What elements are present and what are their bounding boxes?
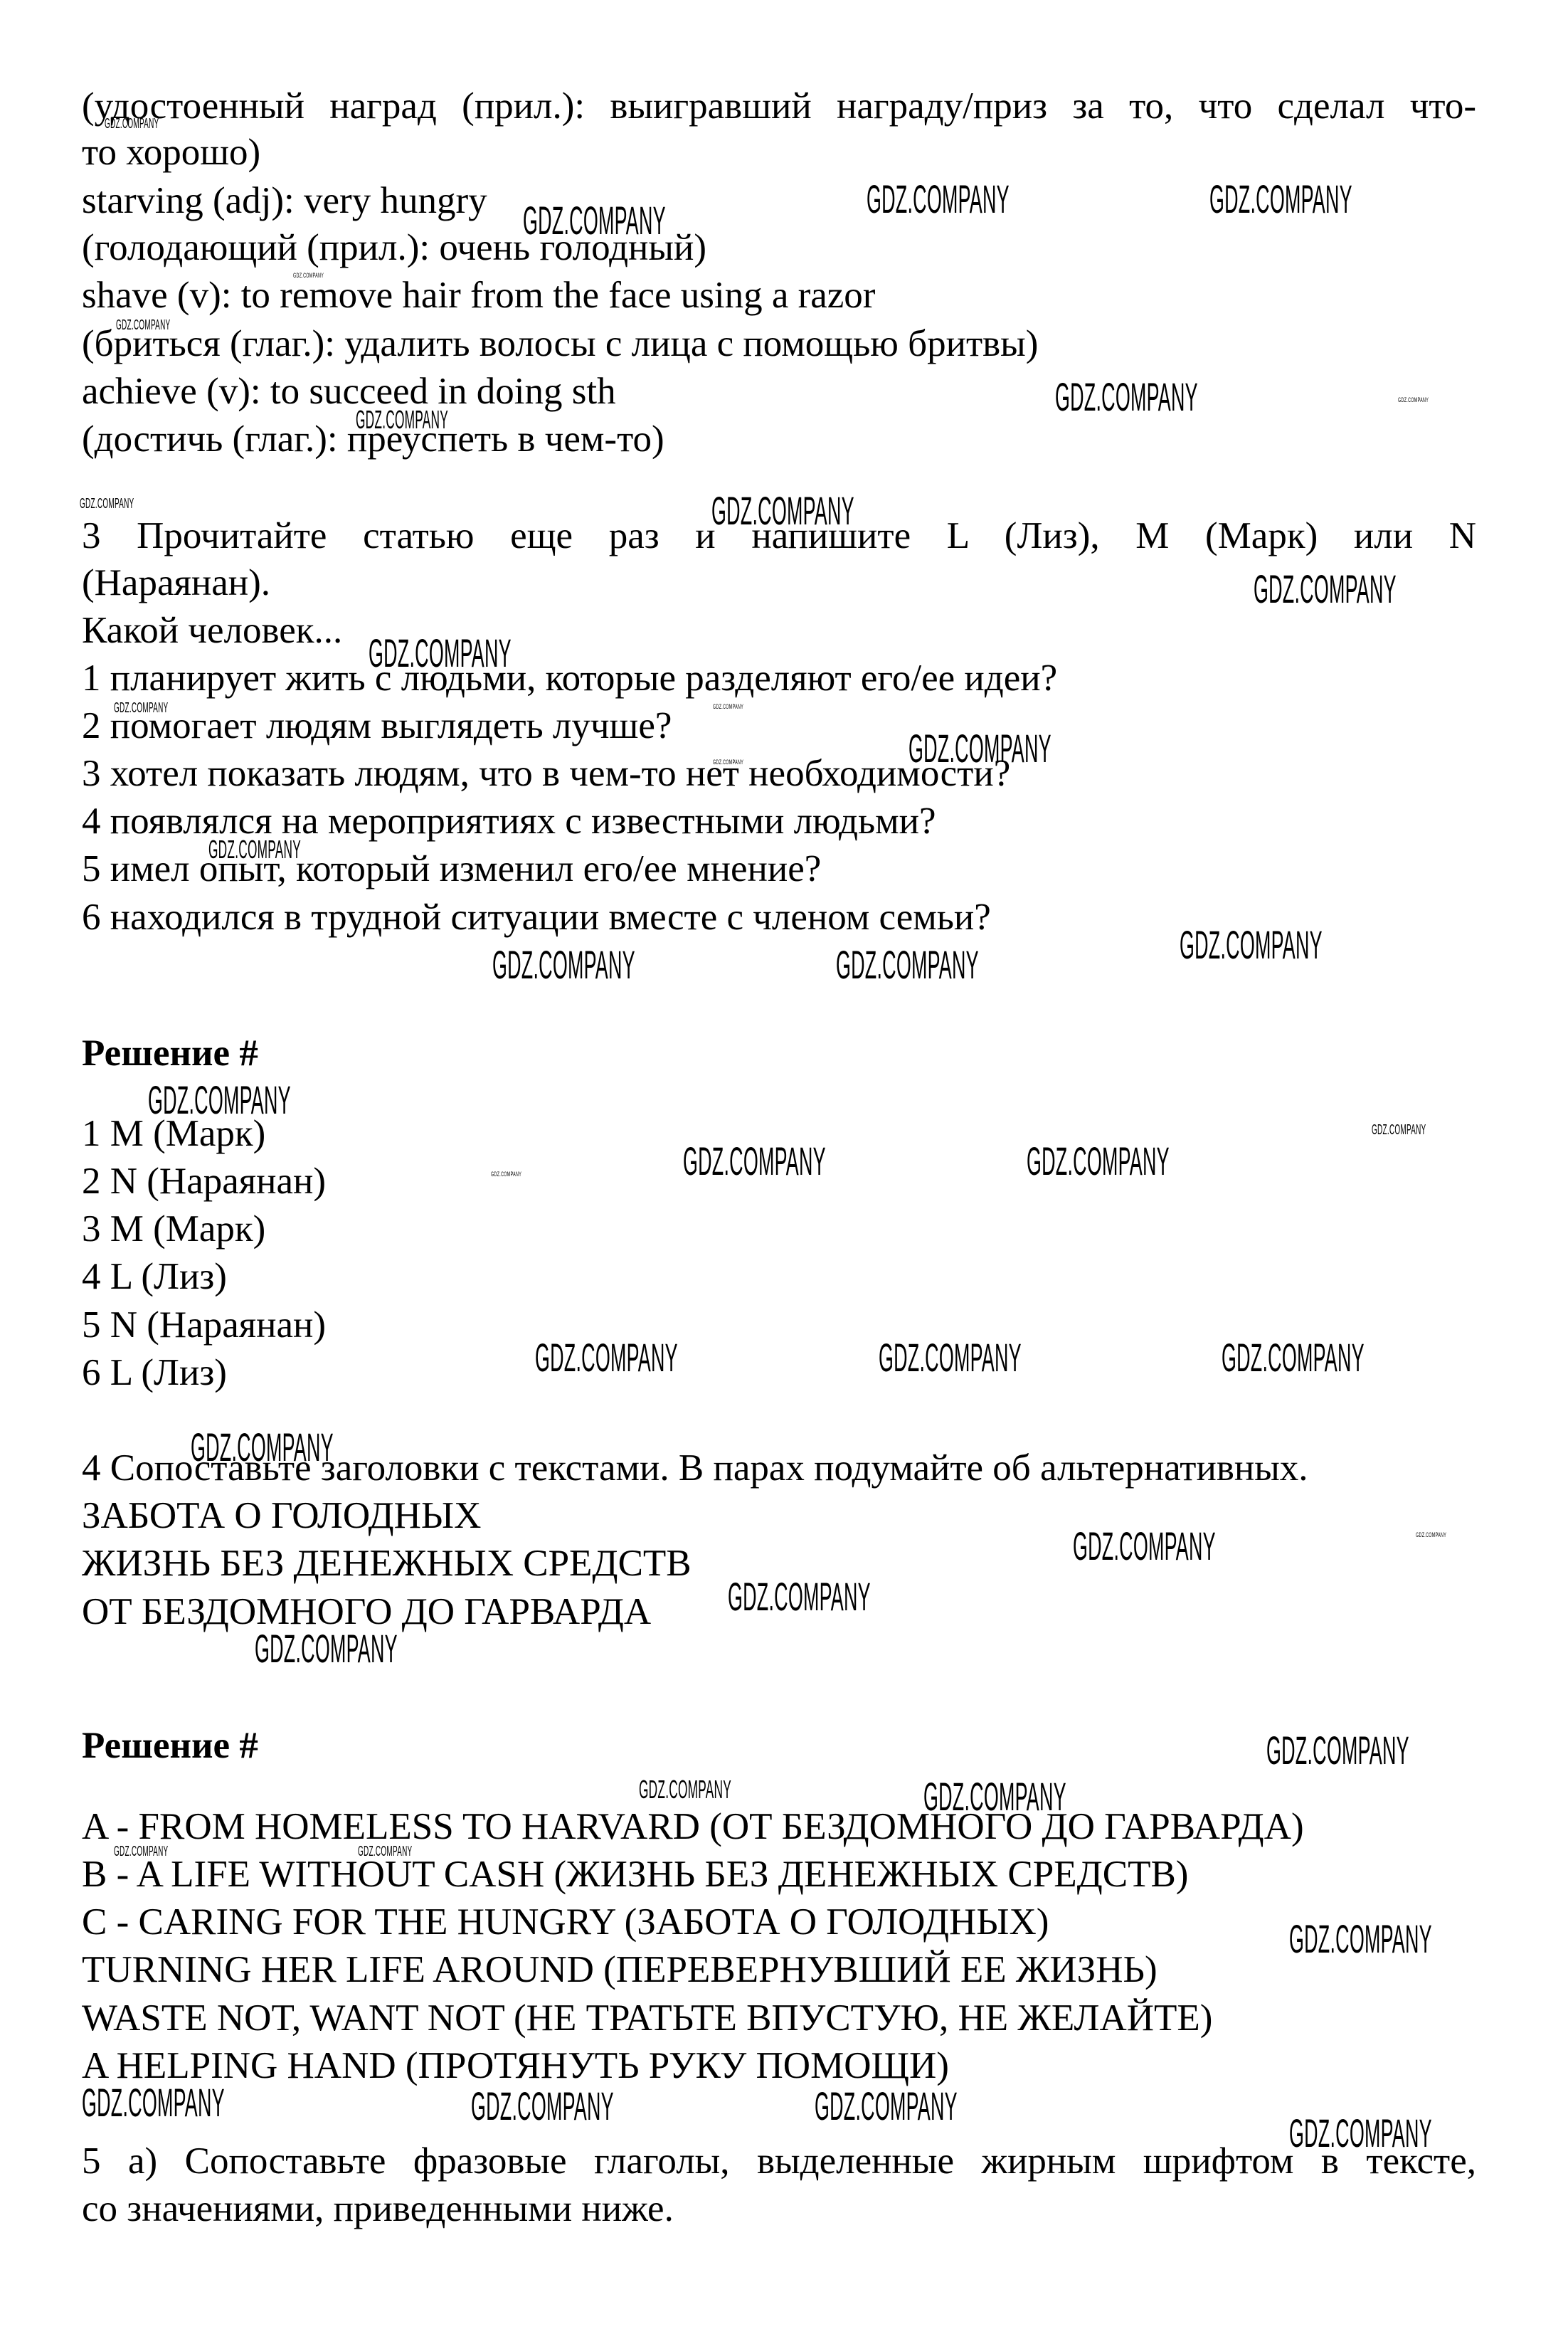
watermark: GDZ.COMPANY [369,633,512,673]
solution-answer: TURNING HER LIFE AROUND (ПЕРЕВЕРНУВШИЙ Е… [82,1951,1158,1989]
watermark: GDZ.COMPANY [1416,1532,1446,1538]
solution-answer: 2 N (Нараянан) [82,1163,326,1200]
watermark: GDZ.COMPANY [711,491,854,531]
watermark: GDZ.COMPANY [728,1577,871,1617]
watermark: GDZ.COMPANY [148,1080,291,1120]
watermark: GDZ.COMPANY [1289,1919,1432,1959]
task3-prompt: Какой человек... [82,612,342,650]
task4-heading: ЖИЗНЬ БЕЗ ДЕНЕЖНЫХ СРЕДСТВ [82,1545,692,1583]
task5-instruction: 5 a) Сопоставьте фразовые глаголы, выдел… [82,2143,1476,2180]
vocab-line: shave (v): to remove hair from the face … [82,277,875,315]
solution-answer: B - A LIFE WITHOUT CASH (ЖИЗНЬ БЕЗ ДЕНЕЖ… [82,1856,1188,1894]
watermark: GDZ.COMPANY [471,2086,614,2126]
watermark: GDZ.COMPANY [713,704,743,710]
watermark: GDZ.COMPANY [105,117,159,131]
watermark: GDZ.COMPANY [1027,1141,1170,1181]
watermark: GDZ.COMPANY [535,1338,678,1378]
watermark: GDZ.COMPANY [82,2083,225,2123]
solution-answer: C - CARING FOR THE HUNGRY (ЗАБОТА О ГОЛО… [82,1903,1049,1941]
solution-answer: 5 N (Нараянан) [82,1306,326,1344]
watermark: GDZ.COMPANY [1372,1123,1426,1137]
watermark: GDZ.COMPANY [116,318,170,332]
watermark: GDZ.COMPANY [492,945,635,985]
watermark: GDZ.COMPANY [191,1427,334,1467]
document-page: (удостоенный наград (прил.): выигравший … [0,0,1568,2329]
watermark: GDZ.COMPANY [114,1844,168,1859]
solution-answer: A - FROM HOMELESS TO HARVARD (ОТ БЕЗДОМН… [82,1808,1304,1846]
task3-question: 3 хотел показать людям, что в чем-то нет… [82,755,1010,793]
watermark: GDZ.COMPANY [1180,925,1323,965]
task3-question: 2 помогает людям выглядеть лучше? [82,707,672,745]
watermark: GDZ.COMPANY [836,945,979,985]
task3-question: 5 имел опыт, который изменил его/ее мнен… [82,850,821,888]
task3-question: 6 находился в трудной ситуации вместе с … [82,899,991,936]
vocab-line: то хорошо) [82,134,260,171]
watermark: GDZ.COMPANY [208,837,301,862]
watermark: GDZ.COMPANY [815,2086,958,2126]
solution-heading: Решение # [82,1727,258,1765]
watermark: GDZ.COMPANY [867,179,1010,219]
watermark: GDZ.COMPANY [1055,377,1198,417]
solution-answer: 6 L (Лиз) [82,1354,227,1392]
watermark: GDZ.COMPANY [491,1171,521,1178]
watermark: GDZ.COMPANY [1289,2113,1432,2153]
watermark: GDZ.COMPANY [713,759,743,766]
watermark: GDZ.COMPANY [1209,179,1352,219]
watermark: GDZ.COMPANY [1222,1338,1365,1378]
vocab-line: (удостоенный наград (прил.): выигравший … [82,88,1476,125]
task5-instruction-cont: со значениями, приведенными ниже. [82,2190,674,2228]
watermark: GDZ.COMPANY [114,701,168,715]
task4-heading: ЗАБОТА О ГОЛОДНЫХ [82,1497,481,1535]
watermark: GDZ.COMPANY [909,729,1051,769]
watermark: GDZ.COMPANY [358,1844,412,1859]
watermark: GDZ.COMPANY [639,1777,731,1802]
vocab-line: achieve (v): to succeed in doing sth [82,373,616,411]
watermark: GDZ.COMPANY [255,1629,398,1669]
solution-answer: 4 L (Лиз) [82,1258,227,1296]
watermark: GDZ.COMPANY [1254,569,1397,609]
watermark: GDZ.COMPANY [923,1777,1066,1817]
watermark: GDZ.COMPANY [523,201,666,241]
solution-heading: Решение # [82,1035,258,1072]
task3-question: 1 планирует жить с людьми, которые разде… [82,660,1057,697]
watermark: GDZ.COMPANY [356,407,448,433]
watermark: GDZ.COMPANY [80,497,134,511]
solution-answer: WASTE NOT, WANT NOT (НЕ ТРАТЬТЕ ВПУСТУЮ,… [82,2000,1212,2037]
watermark: GDZ.COMPANY [293,273,324,279]
watermark: GDZ.COMPANY [683,1141,826,1181]
watermark: GDZ.COMPANY [879,1338,1022,1378]
task3-instruction-cont: (Нараянан). [82,564,270,602]
watermark: GDZ.COMPANY [1398,397,1429,403]
watermark: GDZ.COMPANY [1073,1526,1216,1566]
vocab-line: (бриться (глаг.): удалить волосы с лица … [82,325,1038,363]
watermark: GDZ.COMPANY [1266,1731,1409,1770]
solution-answer: 3 M (Марк) [82,1210,265,1248]
vocab-line: starving (adj): very hungry [82,182,487,220]
